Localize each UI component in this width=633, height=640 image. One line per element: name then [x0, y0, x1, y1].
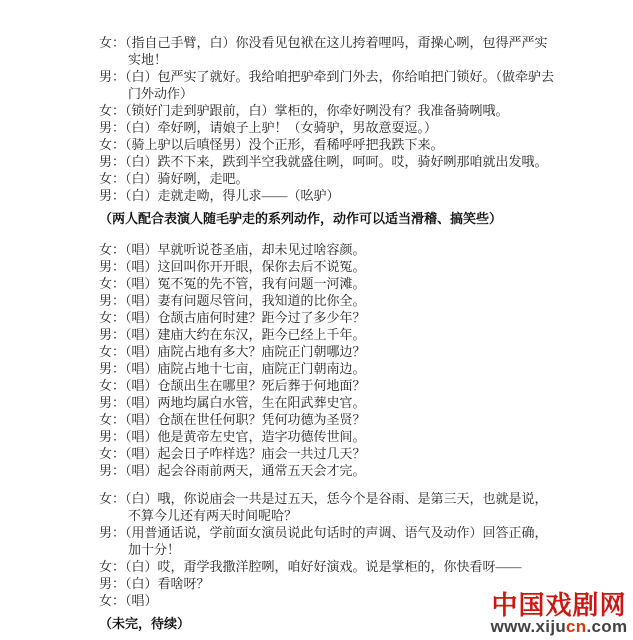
dialogue-text: （白）骑好咧，走吧。 — [125, 171, 249, 186]
speaker-label: 女： — [99, 276, 125, 291]
speaker-label: 男： — [99, 293, 125, 308]
dialogue-block-spoken: 女：（指自己手臂，白）你没看见包袱在这儿挎着哩吗，甭操心咧，包得严严实实地！ 男… — [99, 34, 559, 204]
dialogue-text: （唱）庙院占地有多大？庙院正门朝哪边？ — [125, 344, 366, 359]
speaker-label: 男： — [99, 120, 125, 135]
dialogue-line: 女：（唱）起会日子咋样选？庙会一共过几天？ — [99, 445, 559, 462]
dialogue-line: 男：（用普通话说，学前面女演员说此句话时的声调、语气及动作）回答正确，加十分！ — [99, 524, 559, 558]
speaker-label: 男： — [99, 463, 125, 478]
speaker-label: 女： — [99, 446, 125, 461]
dialogue-text: （唱）两地均属白水管，生在阳武葬史官。 — [125, 395, 366, 410]
dialogue-text: （唱）冤不冤的先不管，我有问题一河滩。 — [125, 276, 366, 291]
speaker-label: 男： — [99, 327, 125, 342]
dialogue-line: 男：（唱）建庙大约在东汉，距今已经上千年。 — [99, 326, 559, 343]
dialogue-text: （白）牵好咧，请娘子上驴！（女骑驴，男故意耍逗。） — [125, 120, 437, 135]
dialogue-text: （唱）这回叫你开开眼，保你去后不说冤。 — [125, 259, 366, 274]
dialogue-line: 男：（白）牵好咧，请娘子上驴！（女骑驴，男故意耍逗。） — [99, 119, 559, 136]
dialogue-text: （唱） — [125, 593, 158, 608]
speaker-label: 女： — [99, 242, 125, 257]
dialogue-text: （唱）建庙大约在东汉，距今已经上千年。 — [125, 327, 366, 342]
dialogue-text: （唱）起会谷雨前两天，通常五天会才完。 — [125, 463, 366, 478]
speaker-label: 男： — [99, 361, 125, 376]
dialogue-line: 男：（白）包严实了就好。我给咱把驴牵到门外去，你给咱把门锁好。（做牵驴去门外动作… — [99, 68, 559, 102]
dialogue-line: 男：（唱）他是黄帝左史官，造字功德传世间。 — [99, 428, 559, 445]
dialogue-text: （锁好门走到驴跟前，白）掌柜的，你牵好咧没有？我准备骑咧哦。 — [125, 103, 509, 118]
dialogue-text: （唱）他是黄帝左史官，造字功德传世间。 — [125, 429, 366, 444]
dialogue-text: （唱）仓颉出生在哪里？死后葬于何地面？ — [125, 378, 366, 393]
speaker-label: 男： — [99, 154, 125, 169]
dialogue-line: 女：（指自己手臂，白）你没看见包袱在这儿挎着哩吗，甭操心咧，包得严严实实地！ — [99, 34, 559, 68]
speaker-label: 女： — [99, 593, 125, 608]
dialogue-line: 男：（白）看啥呀？ — [99, 575, 559, 592]
stage-direction: （两人配合表演人随毛驴走的系列动作，动作可以适当滑稽、搞笑些） — [99, 210, 559, 227]
dialogue-text: （白）包严实了就好。我给咱把驴牵到门外去，你给咱把门锁好。（做牵驴去门外动作） — [125, 69, 554, 101]
dialogue-line: 女：（唱）仓颉古庙何时建？距今过了多少年？ — [99, 309, 559, 326]
speaker-label: 男： — [99, 429, 125, 444]
dialogue-line: 女：（唱）仓颉在世任何职？凭何功德为圣贤？ — [99, 411, 559, 428]
speaker-label: 女： — [99, 344, 125, 359]
speaker-label: 男： — [99, 576, 125, 591]
dialogue-line: 女：（唱）早就听说苍圣庙，却未见过啥容颜。 — [99, 241, 559, 258]
dialogue-line: 女：（白）哦，你说庙会一共是过五天，恁今个是谷雨、是第三天，也就是说，不算今儿还… — [99, 490, 559, 524]
dialogue-line: 男：（唱）这回叫你开开眼，保你去后不说冤。 — [99, 258, 559, 275]
dialogue-line: 女：（唱）仓颉出生在哪里？死后葬于何地面？ — [99, 377, 559, 394]
speaker-label: 男： — [99, 259, 125, 274]
site-url-suffix: .com — [587, 617, 628, 636]
dialogue-line: 男：（唱）庙院占地十七亩，庙院正门朝南边。 — [99, 360, 559, 377]
speaker-label: 男： — [99, 188, 125, 203]
dialogue-line: 女：（唱）庙院占地有多大？庙院正门朝哪边？ — [99, 343, 559, 360]
dialogue-line: 男：（唱）起会谷雨前两天，通常五天会才完。 — [99, 462, 559, 479]
dialogue-text: （唱）起会日子咋样选？庙会一共过几天？ — [125, 446, 366, 461]
dialogue-text: （指自己手臂，白）你没看见包袱在这儿挎着哩吗，甭操心咧，包得严严实实地！ — [125, 35, 548, 67]
speaker-label: 女： — [99, 378, 125, 393]
dialogue-text: （唱）庙院占地十七亩，庙院正门朝南边。 — [125, 361, 366, 376]
dialogue-block-sung: 女：（唱）早就听说苍圣庙，却未见过啥容颜。 男：（唱）这回叫你开开眼，保你去后不… — [99, 241, 559, 479]
dialogue-text: （白）哦，你说庙会一共是过五天，恁今个是谷雨、是第三天，也就是说，不算今儿还有两… — [125, 491, 548, 523]
site-logo-text: 中国戏剧网 — [488, 592, 630, 618]
dialogue-line: 女：（唱）冤不冤的先不管，我有问题一河滩。 — [99, 275, 559, 292]
dialogue-line: 男：（唱）妻有问题尽管问，我知道的比你全。 — [99, 292, 559, 309]
speaker-label: 男： — [99, 395, 125, 410]
speaker-label: 女： — [99, 310, 125, 325]
dialogue-line: 男：（白）走就走呦，得儿求——（吆驴） — [99, 187, 559, 204]
speaker-label: 女： — [99, 491, 125, 506]
speaker-label: 女： — [99, 559, 125, 574]
dialogue-text: （唱）早就听说苍圣庙，却未见过啥容颜。 — [125, 242, 366, 257]
speaker-label: 女： — [99, 35, 125, 50]
xijucn-watermark: 中国戏剧网 www.xijucn.com — [488, 592, 630, 636]
speaker-label: 男： — [99, 69, 125, 84]
dialogue-text: （唱）仓颉古庙何时建？距今过了多少年？ — [125, 310, 366, 325]
speaker-label: 女： — [99, 412, 125, 427]
dialogue-text: （唱）仓颉在世任何职？凭何功德为圣贤？ — [125, 412, 366, 427]
dialogue-text: （白）看啥呀？ — [125, 576, 210, 591]
script-document-page: 女：（指自己手臂，白）你没看见包袱在这儿挎着哩吗，甭操心咧，包得严严实实地！ 男… — [0, 0, 633, 640]
dialogue-text: （用普通话说，学前面女演员说此句话时的声调、语气及动作）回答正确，加十分！ — [125, 525, 548, 557]
dialogue-text: （骑上驴以后嗔怪男）没个正形，看稀呼呼把我跌下来。 — [125, 137, 444, 152]
dialogue-text: （唱）妻有问题尽管问，我知道的比你全。 — [125, 293, 366, 308]
dialogue-line: 女：（白）骑好咧，走吧。 — [99, 170, 559, 187]
site-url-cn: cn — [566, 617, 586, 636]
dialogue-line: 女：（锁好门走到驴跟前，白）掌柜的，你牵好咧没有？我准备骑咧哦。 — [99, 102, 559, 119]
dialogue-text: （白）哎，甭学我撒洋腔咧，咱好好演戏。说是掌柜的，你快看呀—— — [125, 559, 522, 574]
speaker-label: 女： — [99, 103, 125, 118]
dialogue-line: 女：（骑上驴以后嗔怪男）没个正形，看稀呼呼把我跌下来。 — [99, 136, 559, 153]
dialogue-line: 男：（白）跌不下来，跌到半空我就盛住咧，呵呵。哎，骑好咧那咱就出发哦。 — [99, 153, 559, 170]
site-url-prefix: www.xiju — [491, 617, 566, 636]
dialogue-text: （白）走就走呦，得儿求——（吆驴） — [125, 188, 340, 203]
dialogue-text: （白）跌不下来，跌到半空我就盛住咧，呵呵。哎，骑好咧那咱就出发哦。 — [125, 154, 548, 169]
speaker-label: 男： — [99, 525, 125, 540]
dialogue-line: 男：（唱）两地均属白水管，生在阳武葬史官。 — [99, 394, 559, 411]
speaker-label: 女： — [99, 137, 125, 152]
script-text: 女：（指自己手臂，白）你没看见包袱在这儿挎着哩吗，甭操心咧，包得严严实实地！ 男… — [99, 34, 559, 632]
speaker-label: 女： — [99, 171, 125, 186]
site-url: www.xijucn.com — [488, 618, 630, 636]
dialogue-line: 女：（白）哎，甭学我撒洋腔咧，咱好好演戏。说是掌柜的，你快看呀—— — [99, 558, 559, 575]
